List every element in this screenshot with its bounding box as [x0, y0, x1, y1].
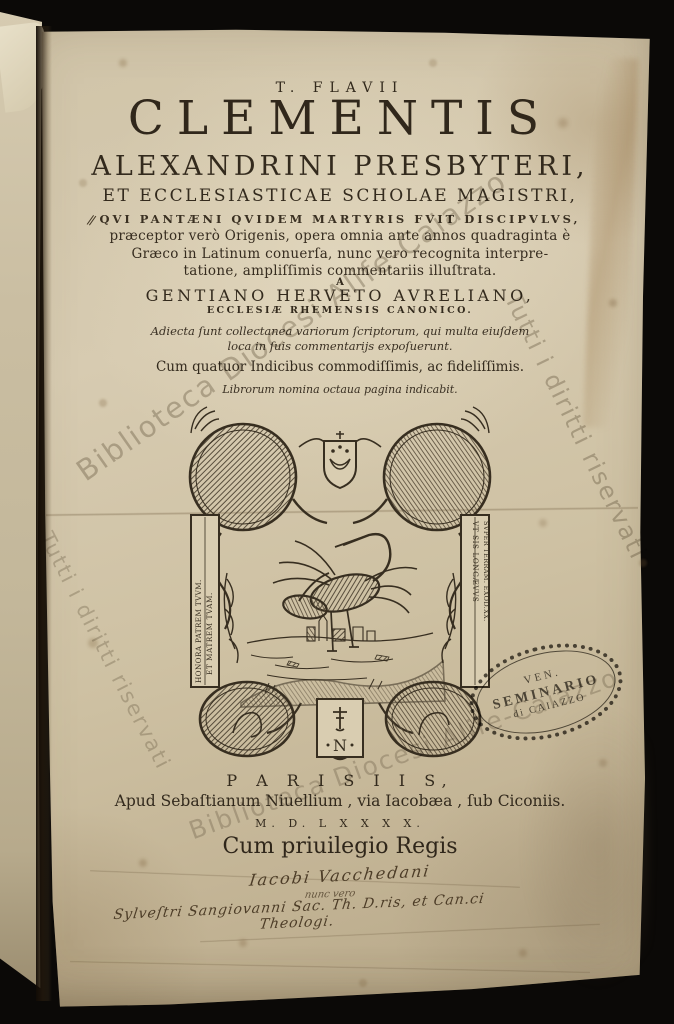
note-adiecta-2: loca in ſuis commentarijs expoſuerunt.	[40, 339, 640, 353]
foxing-spots	[0, 0, 6, 6]
device-shield	[324, 431, 356, 488]
title-line-alexandrini: ALEXANDRINI PRESBYTERI,	[40, 151, 640, 182]
title-line-pantaeni: QVI PANTÆNI QVIDEM MARTYRIS FVIT DISCIPV…	[40, 212, 640, 226]
note-indices: Cum quatuor Indicibus commodiſſimis, ac …	[40, 359, 640, 375]
editor-title: ECCLESIÆ RHEMENSIS CANONICO.	[40, 305, 640, 316]
imprint-city: P A R I S I I S,	[40, 771, 640, 790]
scanned-book-photo: { "title_block": { "line1": "T. FLAVII",…	[0, 0, 674, 1024]
title-prose-1: præceptor verò Origenis, opera omnia ant…	[40, 228, 640, 244]
imprint-publisher: Apud Sebaſtianum Niuellium , via Iacobæa…	[40, 792, 640, 810]
svg-text:SVPER TERRAM. EXOD.XX.: SVPER TERRAM. EXOD.XX.	[482, 521, 490, 621]
editor-name: GENTIANO HERVETO AVRELIANO,	[40, 286, 640, 305]
title-line-clementis: CLEMENTIS	[40, 91, 640, 146]
title-prose-2: Græco in Latinum conuerſa, nunc vero rec…	[40, 246, 640, 262]
device-monogram: N	[317, 699, 363, 757]
svg-text:HONORA PATREM TVVM.: HONORA PATREM TVVM.	[194, 579, 203, 683]
book-gutter-shadow	[36, 26, 52, 1001]
title-line-scholae: ET ECCLESIASTICAE SCHOLAE MAGISTRI,	[40, 186, 640, 206]
device-left-motto-band: HONORA PATREM TVVM. ET MATREM TVAM.	[191, 515, 219, 687]
note-adiecta-1: Adiecta ſunt collectanea variorum ſcript…	[40, 324, 640, 338]
printers-device-woodcut: HONORA PATREM TVVM. ET MATREM TVAM. VT S…	[181, 403, 499, 765]
svg-text:N: N	[333, 736, 347, 755]
imprint-year: M. D. L X X X X.	[40, 817, 640, 830]
device-central-scene	[241, 534, 445, 707]
imprint-privilege: Cum priuilegio Regis	[40, 834, 640, 859]
svg-text:VT SIS LONGÆVVS: VT SIS LONGÆVVS	[471, 520, 480, 602]
svg-text:ET MATREM TVAM.: ET MATREM TVAM.	[205, 592, 214, 675]
note-librorum: Librorum nomina octaua pagina indicabit.	[40, 383, 640, 396]
